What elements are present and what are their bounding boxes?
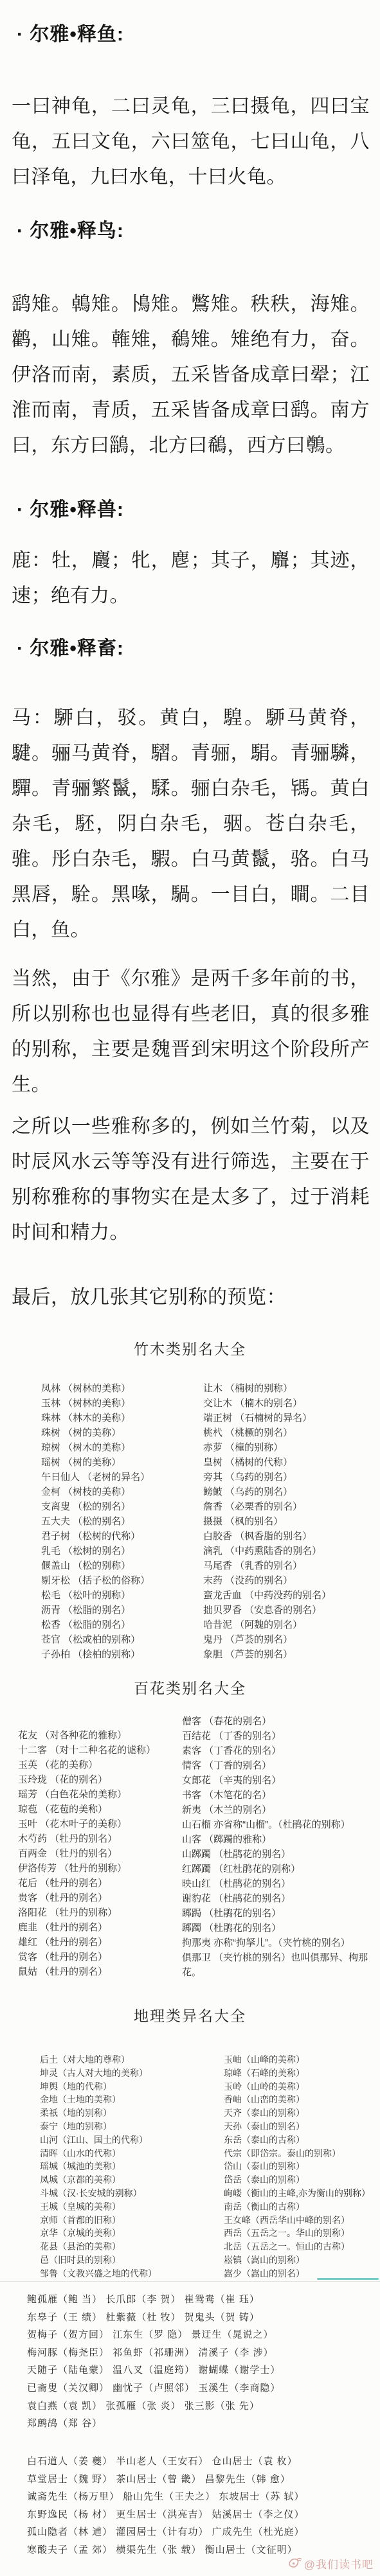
table-row: 坤灵（古人对大地的美称） — [40, 2067, 208, 2080]
table-row: 玉林 （树林的美称） — [41, 1396, 195, 1411]
table-row: 洛阳花 （牡丹的别称） — [18, 1905, 180, 1920]
table-row: 北岳（五岳之一。恒山的古称） — [224, 2240, 379, 2254]
table-row: 谢豹花 （杜鹃花的别名） — [182, 1891, 376, 1906]
poet-nickname-list-1: 鲍孤雁（鲍 当） 长爪郎（李 贺） 崔鸳鸯（崔 珏）东皋子（王 绩） 杜紫薇（杜… — [27, 2291, 374, 2433]
table-row: 映山红 （杜鹃花的别名） — [182, 1876, 376, 1891]
table-row: 邑（旧时县的别称） — [40, 2254, 208, 2267]
table-row: 蛮龙舌血 （中药没药的别名） — [203, 1588, 378, 1603]
table-row: 南岳（衡山的古称） — [224, 2200, 379, 2214]
table-row: 花县（县治的美称） — [40, 2240, 208, 2254]
list-item: 诚斋先生（杨万里） 船山先生（王夫之） 东坡居士（苏 轼） — [27, 2488, 374, 2506]
table-row: 香岫（山峦的美称） — [224, 2093, 379, 2106]
table-row: 松香 （松脂的别名） — [41, 1618, 195, 1632]
table-row: 京师（首都的旧称） — [40, 2214, 208, 2227]
teal-accent-line — [317, 2278, 379, 2280]
table-zhumu-left-column: 凤林 （树林的美称）玉林 （树林的美称）珠林 （林木的美称）珠树 （树的美称）琼… — [41, 1381, 195, 1662]
table-row: 天孙（泰山的别名） — [224, 2120, 379, 2133]
table-row: 伊洛传芳 （牡丹的别称） — [18, 1861, 180, 1876]
table-row: 坤舆（地的代称） — [40, 2080, 208, 2094]
table-row: 皇树 （橘树的代称） — [203, 1455, 378, 1470]
table-row: 君子树 （松树的代称） — [41, 1529, 195, 1544]
watermark: @我们读书吧 — [288, 2555, 374, 2572]
article-page: · 尔雅•释鱼: 一曰神龟，二曰灵龟，三曰摄龟，四曰宝龟，五曰文龟，六曰筮龟，七… — [0, 0, 380, 2576]
paragraph-preview-intro: 最后，放几张其它别称的预览： — [12, 1280, 370, 1315]
table-title-baihua: 百花类别名大全 — [0, 1677, 380, 1698]
section-divider — [0, 2281, 380, 2282]
table-row: 琼树 （树木的美称） — [41, 1440, 195, 1455]
table-row: 邹鲁（文教兴盛之地的代称） — [40, 2267, 208, 2280]
paragraph-erya-shichu: 马：駵白，驳。黄白，騜。駵马黄脊，騝。骊马黄脊，騽。青骊，駽。青骊驎，驒。青骊繁… — [12, 700, 370, 948]
table-row: 玉岭（山岭的美称） — [224, 2080, 379, 2094]
table-row: 瑶城（城池的美称） — [40, 2160, 208, 2173]
table-row: 素客 （丁香花的别名） — [182, 1743, 376, 1758]
table-row: 沥青 （松脂的别名） — [41, 1603, 195, 1618]
table-row: 松毛 （松叶的别称） — [41, 1588, 195, 1603]
table-row: 偃盖山 （松的别称） — [41, 1558, 195, 1573]
table-row: 端正树 （石楠树的异名） — [203, 1411, 378, 1425]
table-row: 贵客 （牡丹的别名） — [18, 1891, 180, 1905]
table-row: 花后 （牡丹的别名） — [18, 1876, 180, 1891]
table-row: 金地（土地的美称） — [40, 2093, 208, 2106]
table-row: 旁其 （乌药的别名） — [203, 1470, 378, 1485]
table-zhumu-right-column: 让木 （楠树的别称）交让木 （楠木的别名）端正树 （石楠树的异名）桃杙 （桃橛的… — [203, 1381, 378, 1662]
table-row: 让木 （楠树的别称） — [203, 1381, 378, 1396]
list-item: 草堂居士（魏 野） 茶山居士（曾 畿） 昌黎先生（韩 愈） — [27, 2471, 374, 2489]
table-row: 拘那夷 亦称“拘拏儿”。（夹竹桃的别名） — [182, 1936, 376, 1950]
table-row: 瑶树 （树的美称） — [41, 1455, 195, 1470]
table-row: 玉叶 （花木叶子的美称） — [18, 1817, 180, 1831]
table-row: 琼峰（石峰的美称） — [224, 2067, 379, 2080]
table-row: 僧客 （春花的别名） — [182, 1714, 376, 1729]
list-item: 鲍孤雁（鲍 当） 长爪郎（李 贺） 崔鸳鸯（崔 珏） — [27, 2291, 374, 2309]
table-dili-right-column: 玉岫（山峰的美称）琼峰（石峰的美称）玉岭（山岭的美称）香岫（山峦的美称）天齐（泰… — [224, 2053, 379, 2280]
weibo-icon — [288, 2556, 302, 2572]
table-baihua-right-column: 僧客 （春花的别名）百结花 （丁香的别名）素客 （丁香花的别名）情客 （丁香的别… — [182, 1714, 376, 1980]
table-row: 东岳（泰山的古称） — [224, 2133, 379, 2147]
table-row: 剔牙松 （括子松的俗称） — [41, 1573, 195, 1588]
table-row: 岱岳（泰山的别称） — [224, 2173, 379, 2187]
list-item: 天随子（陆龟蒙） 温八叉（温庭筠） 谢蝴蝶（谢学士） — [27, 2361, 374, 2379]
table-row: 柔祇（地的别称） — [40, 2106, 208, 2120]
paragraph-commentary-2: 之所以一些雅称多的，例如兰竹菊，以及时辰风水云等等没有进行筛选，主要在于别称雅称… — [12, 1109, 370, 1250]
table-row: 午日仙人 （老树的异名） — [41, 1470, 195, 1485]
table-row: 踯躅 （杜鹃花的别名） — [182, 1921, 376, 1936]
table-row: 玉英 （花的美称） — [18, 1758, 180, 1772]
list-item: 孤山隐者（林 逋） 灌园居士（计有功） 广成先生（杜光庭） — [27, 2523, 374, 2541]
table-row: 哈昔泥 （阿魏的别名） — [203, 1618, 378, 1632]
table-row: 白胶香 （枫香脂的别名） — [203, 1529, 378, 1544]
table-row: 支离叟 （松的别名） — [41, 1499, 195, 1514]
table-row: 鹿韭 （牡丹的别名） — [18, 1920, 180, 1935]
table-row: 王女峰（西岳华山中峰的别名） — [224, 2214, 379, 2227]
watermark-handle: @我们读书吧 — [304, 2555, 374, 2572]
table-row: 鳑鲏 （乌药的别名） — [203, 1485, 378, 1499]
table-row: 玉玲珑 （花的别名） — [18, 1772, 180, 1787]
table-row: 珠林 （林木的美称） — [41, 1411, 195, 1425]
table-row: 京华（京城的美称） — [40, 2227, 208, 2240]
table-row: 瑶芳 （白色花朵的美称） — [18, 1787, 180, 1802]
table-row: 拙贝罗香 （安息香的别名） — [203, 1603, 378, 1618]
table-row: 山河（江山、国土的代称） — [40, 2133, 208, 2147]
table-row: 苍官 （松或柏的别称） — [41, 1632, 195, 1647]
table-row: 新夷 （木兰的别名） — [182, 1803, 376, 1817]
table-row: 凤林 （树林的美称） — [41, 1381, 195, 1396]
table-row: 马尾香 （乳香的别名） — [203, 1558, 378, 1573]
table-row: 桃杙 （桃橛的别名） — [203, 1425, 378, 1440]
list-item: 已斋叟（关汉卿） 幽忧子（卢照邻） 玉溪生（李商隐） — [27, 2379, 374, 2397]
table-baihua-left-column: 花友 （对各种花的雅称）十二客 （对十二种名花的谑称）玉英 （花的美称）玉玲珑 … — [18, 1728, 180, 1979]
table-row: 清晖（山水的代称） — [40, 2147, 208, 2160]
table-row: 山客 （踯躅的雅称） — [182, 1832, 376, 1847]
section-heading-erya-shichu: · 尔雅•释畜: — [17, 635, 124, 663]
table-row: 乳毛 （松树的别名） — [41, 1544, 195, 1558]
paragraph-erya-shiyu: 一曰神龟，二曰灵龟，三曰摄龟，四曰宝龟，五曰文龟，六曰筮龟，七曰山龟，八曰泽龟，… — [12, 89, 370, 195]
paragraph-erya-shiniao: 鹞雉。鵫雉。鳪雉。鷩雉。秩秩，海雉。鹳，山雉。雗雉，鵗雉。雉绝有力，奋。伊洛而南… — [12, 287, 370, 463]
table-row: 琼苞 （花苞的美称） — [18, 1802, 180, 1817]
list-item: 袁白燕（袁 凯） 张孤雁（张 炎） 张三影（张 先） — [27, 2397, 374, 2415]
table-row: 珠树 （树的美称） — [41, 1425, 195, 1440]
table-title-dili: 地理类异名大全 — [0, 2004, 380, 2025]
table-row: 詹香 （必栗香的别名） — [203, 1499, 378, 1514]
table-row: 摄摄 （枫的别名） — [203, 1514, 378, 1529]
table-row: 花友 （对各种花的雅称） — [18, 1728, 180, 1743]
paragraph-erya-shishou: 鹿：牡，麚；牝，麀；其子，麛；其迹，速；绝有力。 — [12, 543, 370, 613]
table-row: 山石榴 亦省称“山榴”。（杜鹃花的别称） — [182, 1817, 376, 1832]
table-row: 滴乳 （中药熏陆香的别名） — [203, 1544, 378, 1558]
table-row: 天齐（泰山的别称） — [224, 2106, 379, 2120]
table-row: 百结花 （丁香的别名） — [182, 1729, 376, 1743]
table-row: 红踯躅 （红杜鹃花的别称） — [182, 1862, 376, 1876]
list-item: 郑鹧鸪（郑 谷） — [27, 2415, 374, 2433]
table-row: 交让木 （楠木的别名） — [203, 1396, 378, 1411]
table-row: 斗城（汉·长安城的别称） — [40, 2187, 208, 2200]
table-row: 泰宁（地的别称） — [40, 2120, 208, 2133]
list-item: 东皋子（王 绩） 杜紫薇（杜 牧） 贺鬼头（贺 铸） — [27, 2309, 374, 2327]
table-row: 岱山（泰山的别称） — [224, 2160, 379, 2173]
table-row: 鼠姑 （牡丹的别名） — [18, 1964, 180, 1979]
table-row: 女郎花 （辛夷的别名） — [182, 1773, 376, 1788]
table-row: 鬼丹 （芦荟的别名） — [203, 1632, 378, 1647]
table-row: 玉岫（山峰的美称） — [224, 2053, 379, 2067]
table-row: 凤城（京都的美称） — [40, 2173, 208, 2187]
table-row: 后土（对大地的尊称） — [40, 2053, 208, 2067]
table-row: 踯跼 （杜鹃花的别名） — [182, 1906, 376, 1921]
table-row: 末药 （没药的别名） — [203, 1573, 378, 1588]
table-row: 十二客 （对十二种名花的谑称） — [18, 1743, 180, 1758]
table-row: 雄红 （牡丹的别名） — [18, 1935, 180, 1950]
list-item: 贺梅子（贺方回） 江东生（罗 隐） 景迂生（晁说之） — [27, 2326, 374, 2344]
table-row: 山踯躅 （杜鹃花的别名） — [182, 1847, 376, 1862]
list-item: 东野逸民（杨 材） 更生居士（洪亮吉） 姑溪居士（李之仪） — [27, 2506, 374, 2524]
list-item: 梅河豚（梅尧臣） 祁鱼虾（祁珊洲） 清溪子（李 涉） — [27, 2344, 374, 2362]
list-item: 白石道人（姜 夔） 半山老人（王安石） 仓山居士（袁 枚） — [27, 2453, 374, 2471]
table-row: 俱那卫 （夹竹桃的别名）也叫俱那异、枸那花。 — [182, 1950, 376, 1980]
poet-nickname-list-2: 白石道人（姜 夔） 半山老人（王安石） 仓山居士（袁 枚）草堂居士（魏 野） 茶… — [27, 2453, 374, 2559]
section-heading-erya-shiniao: · 尔雅•释鸟: — [17, 217, 124, 245]
table-row: 五大夫 （松的别名） — [41, 1514, 195, 1529]
table-row: 西岳（五岳之一。华山的别称） — [224, 2227, 379, 2240]
section-heading-erya-shiyu: · 尔雅•释鱼: — [17, 21, 124, 49]
table-dili-left-column: 后土（对大地的尊称）坤灵（古人对大地的美称）坤舆（地的代称）金地（土地的美称）柔… — [40, 2053, 208, 2280]
table-title-zhumu: 竹木类别名大全 — [0, 1337, 380, 1359]
paragraph-commentary-1: 当然，由于《尔雅》是两千多年前的书，所以别称也也显得有些老旧，真的很多雅的别称，… — [12, 961, 370, 1102]
section-heading-erya-shishou: · 尔雅•释兽: — [17, 496, 124, 524]
table-row: 情客 （丁香的别名） — [182, 1758, 376, 1773]
table-row: 崧镇（嵩山的别称） — [224, 2254, 379, 2267]
table-row: 赤萝 （橦的别称） — [203, 1440, 378, 1455]
table-row: 金柯 （树枝的美称） — [41, 1485, 195, 1499]
table-row: 象胆 （芦荟的别名） — [203, 1647, 378, 1662]
table-row: 子孙柏 （桧柏的别称） — [41, 1647, 195, 1662]
table-row: 岣嵝（衡山的主峰,亦为衡山的别称） — [224, 2187, 379, 2200]
table-row: 王城（皇城的美称） — [40, 2200, 208, 2214]
table-row: 百两金 （牡丹的别名） — [18, 1846, 180, 1861]
table-row: 赏客 （牡丹的别名） — [18, 1950, 180, 1964]
table-row: 书客 （木笔花的名） — [182, 1788, 376, 1803]
table-row: 代宗（即岱宗。泰山的别称） — [224, 2147, 379, 2160]
table-row: 木芍药 （牡丹的别名） — [18, 1831, 180, 1846]
